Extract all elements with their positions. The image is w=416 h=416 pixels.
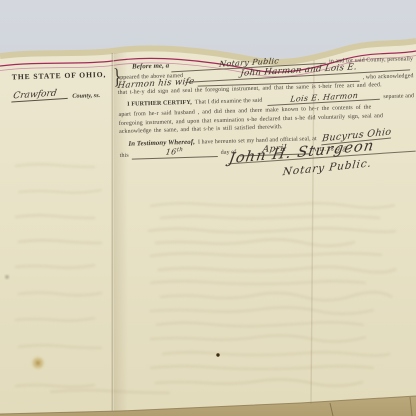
state-title: THE STATE OF OHIO, [12, 70, 116, 82]
county-row: CrawfordCounty, ss. [12, 82, 116, 99]
county-label: County, ss. [72, 92, 100, 100]
line10-lead: this [120, 152, 129, 159]
further-certify-label: I FURTHER CERTIFY, [127, 99, 192, 108]
day-blank: 16th [132, 147, 218, 159]
state-heading-block: THE STATE OF OHIO, } CrawfordCounty, ss. [12, 70, 117, 99]
handwritten-day-suffix: th [176, 148, 183, 154]
line5-tail: separate and [383, 93, 414, 101]
line5-mid: That I did examine the said [195, 97, 263, 106]
photo-of-notary-document: THE STATE OF OHIO, } CrawfordCounty, ss.… [0, 0, 416, 416]
handwritten-wife-name: Lois E. Harmon [268, 90, 381, 105]
notary-certificate: Before me, a Notary Public in and for sa… [117, 54, 416, 203]
